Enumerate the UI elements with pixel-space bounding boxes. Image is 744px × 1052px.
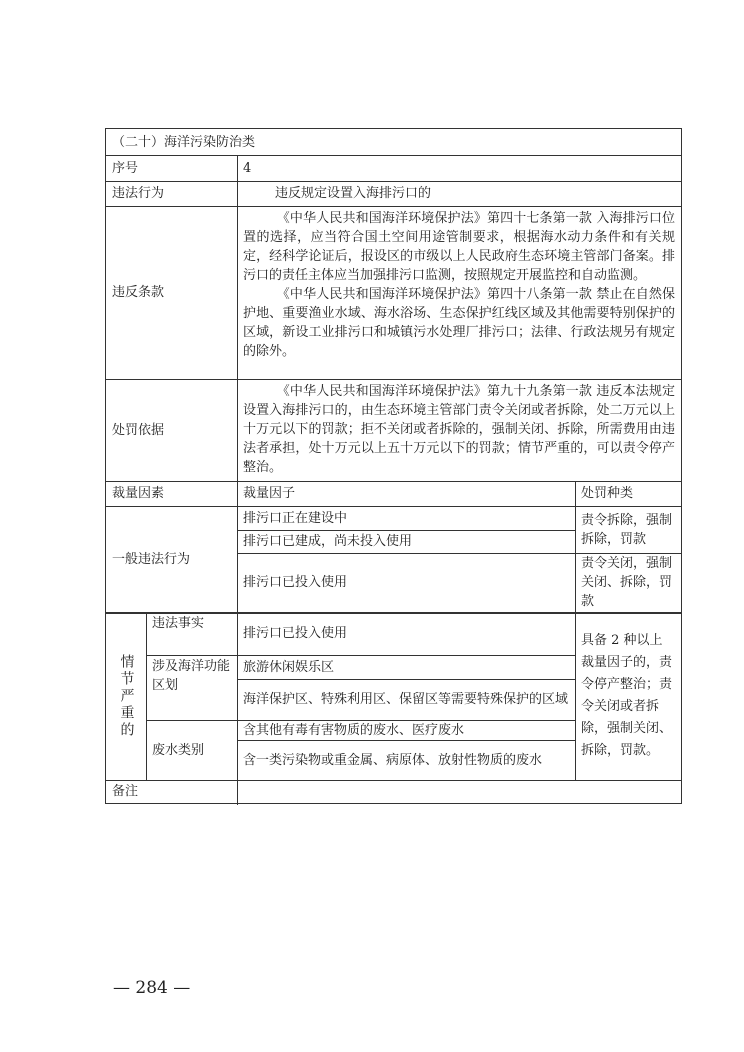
violated-clauses-text: 《中华人民共和国海洋环境保护法》第四十七条第一款 入海排污口位置的选择，应当符合… — [237, 206, 681, 379]
serious-factor: 含一类污染物或重金属、病原体、放射性物质的废水 — [237, 740, 575, 780]
general-factor: 排污口已建成，尚未投入使用 — [237, 530, 575, 553]
serious-factor: 旅游休闲娱乐区 — [237, 655, 575, 679]
violated-clauses-label: 违反条款 — [106, 206, 237, 379]
general-penalty: 责令拆除，强制拆除，罚款 — [575, 506, 681, 553]
remarks-value — [237, 780, 681, 803]
serious-penalty: 具备 2 种以上裁量因子的，责令停产整治；责令关闭或者拆除，强制关闭、拆除，罚款… — [575, 612, 681, 780]
behavior-label: 违法行为 — [106, 181, 237, 206]
serious-factor: 排污口已投入使用 — [237, 612, 575, 655]
general-factor: 排污口已投入使用 — [237, 553, 575, 612]
clause-paragraph: 《中华人民共和国海洋环境保护法》第四十七条第一款 入海排污口位置的选择，应当符合… — [243, 209, 675, 285]
header-penalty-type: 处罚种类 — [575, 481, 681, 506]
clause-paragraph: 《中华人民共和国海洋环境保护法》第四十八条第一款 禁止在自然保护地、重要渔业水域… — [243, 285, 675, 361]
general-penalty: 责令关闭，强制关闭、拆除，罚款 — [575, 553, 681, 612]
section-title: （二十）海洋污染防治类 — [106, 129, 681, 155]
penalty-basis-label: 处罚依据 — [106, 379, 237, 481]
page-number: — 284 — — [113, 978, 190, 998]
serious-factor: 海洋保护区、特殊利用区、保留区等需要特殊保护的区域 — [237, 679, 575, 720]
header-discretion-factor: 裁量因素 — [106, 481, 237, 506]
penalty-basis-paragraph: 《中华人民共和国海洋环境保护法》第九十九条第一款 违反本法规定设置入海排污口的，… — [243, 382, 675, 477]
header-discretion-item: 裁量因子 — [237, 481, 575, 506]
penalty-basis-text: 《中华人民共和国海洋环境保护法》第九十九条第一款 违反本法规定设置入海排污口的，… — [237, 379, 681, 481]
serious-group-name: 涉及海洋功能区划 — [146, 655, 237, 720]
seq-value: 4 — [237, 155, 681, 181]
seq-label: 序号 — [106, 155, 237, 181]
serious-factor: 含其他有毒有害物质的废水、医疗废水 — [237, 720, 575, 740]
serious-group-name: 废水类别 — [146, 720, 237, 780]
general-factor: 排污口正在建设中 — [237, 506, 575, 530]
behavior-value: 违反规定设置入海排污口的 — [237, 181, 681, 206]
remarks-label: 备注 — [106, 780, 237, 803]
serious-group-name: 违法事实 — [146, 612, 237, 655]
penalty-discretion-table: （二十）海洋污染防治类 序号 4 违法行为 违反规定设置入海排污口的 违反条款 … — [105, 128, 682, 804]
general-violation-label: 一般违法行为 — [106, 506, 237, 612]
serious-violation-label: 情节严重的 — [106, 612, 146, 780]
